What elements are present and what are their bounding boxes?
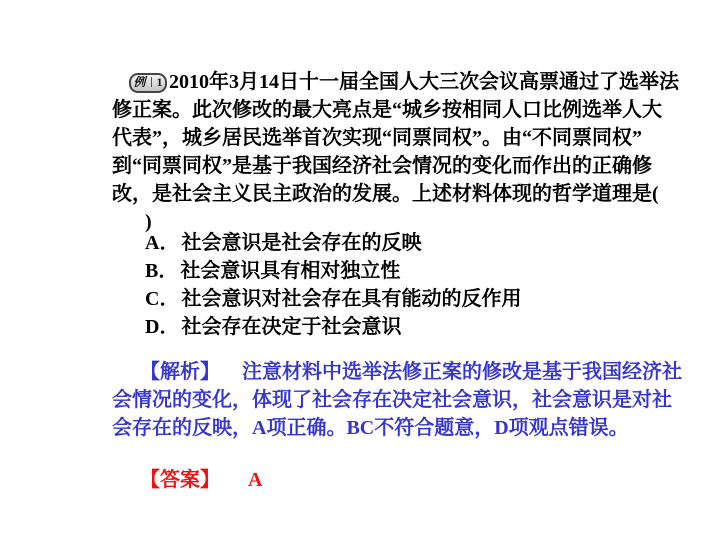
badge-divider [151, 77, 152, 87]
option-b: B．社会意识具有相对独立性 [145, 257, 521, 285]
question-text-1: 2010年3月14日十一届全国人大三次会议高票通过了选举法 [169, 71, 679, 93]
option-c: C．社会意识对社会存在具有能动的反作用 [145, 285, 521, 313]
question-line-5: 改，是社会主义民主政治的发展。上述材料体现的哲学道理是( [112, 180, 657, 208]
analysis-label: 【解析】 [140, 361, 220, 383]
option-a: A．社会意识是社会存在的反映 [145, 229, 521, 257]
option-c-letter: C． [145, 288, 179, 310]
answer-block: 【答案】A [140, 466, 262, 494]
option-a-letter: A． [145, 232, 179, 254]
option-a-text: 社会意识是社会存在的反映 [181, 232, 421, 254]
question-line-4: 到“同票同权”是基于我国经济社会情况的变化而作出的正确修 [112, 152, 657, 180]
question-block: 例 1 2010年3月14日十一届全国人大三次会议高票通过了选举法 修正案。此次… [112, 68, 657, 236]
answer-label: 【答案】 [140, 469, 220, 491]
example-badge-number: 1 [157, 75, 163, 89]
question-line-3: 代表”，城乡居民选举首次实现“同票同权”。由“不同票同权” [112, 124, 657, 152]
option-b-text: 社会意识具有相对独立性 [180, 260, 400, 282]
options-block: A．社会意识是社会存在的反映 B．社会意识具有相对独立性 C．社会意识对社会存在… [145, 229, 521, 341]
example-badge: 例 1 [129, 73, 167, 93]
example-badge-label: 例 [133, 75, 145, 89]
slide: 例 1 2010年3月14日十一届全国人大三次会议高票通过了选举法 修正案。此次… [0, 0, 720, 540]
analysis-line-3: 会存在的反映，A项正确。BC不符合题意，D项观点错误。 [112, 414, 657, 442]
question-line-2: 修正案。此次修改的最大亮点是“城乡按相同人口比例选举人大 [112, 96, 657, 124]
analysis-text-1: 注意材料中选举法修正案的修改是基于我国经济社 [242, 361, 682, 383]
option-b-letter: B． [145, 260, 178, 282]
question-line-1: 例 1 2010年3月14日十一届全国人大三次会议高票通过了选举法 [112, 68, 657, 96]
analysis-line-1: 【解析】注意材料中选举法修正案的修改是基于我国经济社 [112, 358, 657, 386]
option-d-text: 社会存在决定于社会意识 [181, 316, 401, 338]
analysis-block: 【解析】注意材料中选举法修正案的修改是基于我国经济社 会情况的变化，体现了社会存… [112, 358, 657, 442]
answer-value: A [248, 469, 262, 491]
option-c-text: 社会意识对社会存在具有能动的反作用 [181, 288, 521, 310]
option-d-letter: D． [145, 316, 179, 338]
analysis-line-2: 会情况的变化，体现了社会存在决定社会意识，社会意识是对社 [112, 386, 657, 414]
option-d: D．社会存在决定于社会意识 [145, 313, 521, 341]
